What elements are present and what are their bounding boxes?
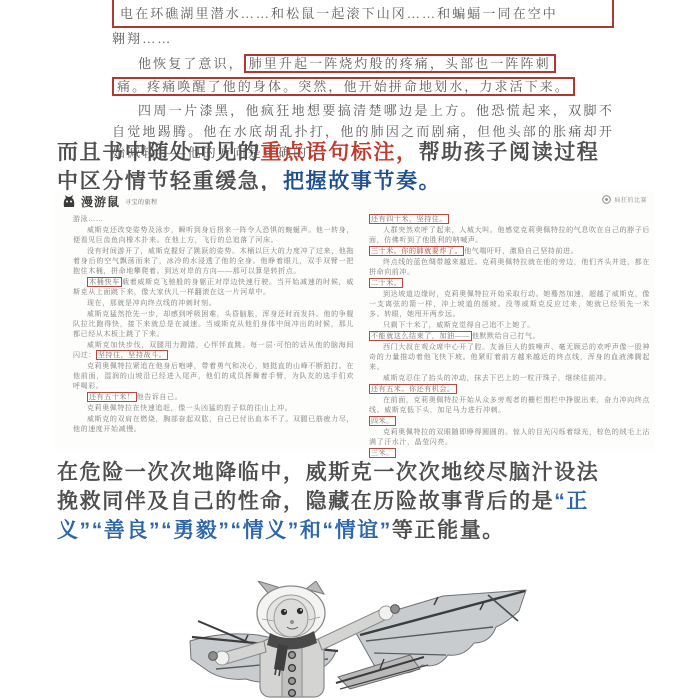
book-paragraph: 现在，那就是冲向终点线的冲刺时刻。	[73, 298, 354, 308]
promo-paragraph-annotations: 而且书中随处可见的重点语句标注，帮助孩子阅读过程中区分情节轻重缓急，把握故事节奏…	[57, 138, 617, 196]
book-paragraph: 威斯克加快步伐，双腿用力蹬踏，心怦怦直跳。每一层·可怕的话从他的脑海间闪过：坚持…	[73, 340, 354, 360]
button	[289, 665, 296, 672]
book-paragraph: 游泳……	[73, 214, 354, 224]
nose	[290, 620, 294, 624]
book-columns: 游泳……威斯克还改变姿势及泳步，瞬听到身后拐来一阵令人恐惧的蜿蜒声。他一转身，便…	[73, 214, 651, 459]
book-paragraph: 西门大叔在观众席中心开了腔。友善巨人的鼓噪声、毫无顾忌的欢呼声像一股神奇的力量推…	[369, 342, 650, 372]
excerpt-line-pain: 痛。疼痛唤醒了他的身体。突然，他开始拼命地划水，力求活下来。	[112, 76, 614, 97]
book-page-header-right: 疯狂的比赛	[602, 195, 647, 204]
right-eye	[297, 608, 303, 614]
book-paragraph: 二十米。	[369, 278, 650, 288]
text-segment-box: 三米。	[369, 448, 396, 458]
text-segment-plain: 终点线的蓝色绸带越来越近。克莉奥佩特拉就在他的旁边，他们齐头并进，都在拼命向前冲…	[369, 258, 650, 276]
text-segment-plain: 克莉奥佩特拉紧追在他身后咆哮，带着勇气和决心，她挺直的山峰不断拍打。在他前面，湿…	[73, 362, 354, 390]
text-segment-plain: 西门大叔在观众席中心开了腔。友善巨人的鼓噪声、毫无顾忌的欢呼声像一股神奇的力量推…	[369, 343, 650, 371]
button	[289, 678, 296, 685]
book-page-header-left: 漫游鼠 寻宝的旅程	[62, 193, 158, 210]
text-segment-navy: 把握故事节奏。	[283, 170, 441, 193]
book-paragraph: 四米。	[369, 416, 650, 426]
book-spread-photo: 漫游鼠 寻宝的旅程 疯狂的比赛 游泳……威斯克还改变姿势及泳步，瞬听到身后拐来一…	[55, 191, 655, 453]
chapter-medallion-icon	[602, 195, 611, 204]
text-segment-plain: 到达坡道边缘时，克莉奥佩特拉开始采取行动。她蓦然加速，超越了威斯克，像一支离弦的…	[369, 290, 650, 318]
text-segment-plain: 威斯克还改变姿势及泳步，瞬听到身后拐来一阵令人恐惧的蜿蜒声。他一转身，便看见巨齿…	[73, 226, 354, 244]
highlight-box-pain-2: 痛。疼痛唤醒了他的身体。突然，他开始拼命地划水，力求活下来。	[112, 77, 575, 96]
book-paragraph: 克莉奥佩特拉在快速追赶，像一头凶猛的豹子似的往山上冲。	[73, 403, 354, 413]
excerpt-text: 他恢复了意识，	[138, 56, 244, 71]
book-paragraph: 还有五米。你还有机会。	[369, 384, 650, 394]
book-subtitle: 寻宝的旅程	[125, 197, 158, 206]
text-segment-plain: 等正能量。	[392, 519, 505, 542]
right-wing	[356, 590, 526, 673]
book-column-left: 游泳……威斯克还改变姿势及泳步，瞬听到身后拐来一阵令人恐惧的蜿蜒声。他一转身，便…	[73, 214, 354, 459]
text-segment-plain: 他默默给自己打气。	[472, 332, 540, 340]
book-column-right: 还有四十米，坚持住。人群突然欢呼了起来，人城大叫。他感觉克莉奥佩特拉的气息吹在自…	[369, 214, 650, 459]
text-segment-plain: 威斯克猛然抢先一步，却感到呼吸困难，头昏脑胀，浑身还时而发抖。他的争舰队拉比跑得…	[73, 310, 354, 338]
text-segment-plain: 威斯克忍住了抬头的冲动，抹去下巴上的一粒汗珠子，继续往前冲。	[383, 374, 611, 382]
button	[289, 690, 296, 697]
book-paragraph: 克莉奥佩特拉紧追在他身后咆哮，带着勇气和决心，她挺直的山峰不断拍打。在他前面，湿…	[73, 361, 354, 391]
book-paragraph: 三米。	[369, 448, 650, 458]
book-title: 漫游鼠	[81, 193, 120, 210]
chapter-title: 疯狂的比赛	[614, 195, 647, 204]
text-segment-box: 不能就这么结束了，加油——	[369, 331, 472, 341]
text-segment-plain: 没有时间游开了，威斯克握好了跳跃的姿势。木桶以巨大的力度冲了过来，他拖着身后的空…	[73, 247, 354, 275]
text-segment-box: 木桶快车	[87, 277, 122, 287]
text-segment-box: 还有四十米，坚持住。	[369, 214, 449, 224]
text-segment-plain: 克莉奥佩特拉的双眼随即睁得圆圆的。惊人的目光闪烁着绿光，棕色的绒毛上沾满了汗水汁…	[369, 428, 650, 446]
book-paragraph: 终点线的蓝色绸带越来越近。克莉奥佩特拉就在他的旁边，他们齐头并进，都在拼命向前冲…	[369, 257, 650, 277]
left-eye	[281, 609, 287, 615]
text-segment-plain: 在前面，克莉奥佩特拉开始从众多旁观者的栅栏围栏中挣脱出来，奋力冲向终点线。威斯克…	[369, 396, 650, 414]
book-paragraph: 克莉奥佩特拉的双眼随即睁得圆圆的。惊人的目光闪烁着绿光，棕色的绒毛上沾满了汗水汁…	[369, 427, 650, 447]
book-paragraph: 在前面，克莉奥佩特拉开始从众多旁观者的栅栏围栏中挣脱出来，奋力冲向终点线。威斯克…	[369, 395, 650, 415]
book-paragraph: 威斯克还改变姿势及泳步，瞬听到身后拐来一阵令人恐惧的蜿蜒声。他一转身，便看见巨齿…	[73, 225, 354, 245]
text-segment-box: 还有五十米！	[87, 392, 137, 402]
right-hand	[391, 605, 400, 614]
book-paragraph: 人群突然欢呼了起来，人城大叫。他感觉克莉奥佩特拉的气息吹在自己的脖子后面，仿佛听…	[369, 225, 650, 245]
book-paragraph: 威斯克猛然抢先一步，却感到呼吸困难，头昏脑胀，浑身还时而发抖。他的争舰队拉比跑得…	[73, 309, 354, 339]
text-segment-box: 二十米。	[369, 278, 403, 288]
book-paragraph: 还有五十米！他告诉自己。	[73, 392, 354, 402]
text-segment-plain: 现在，那就是冲向终点线的冲刺时刻。	[87, 299, 216, 307]
text-segment-box: 还有五米。你还有机会。	[369, 384, 457, 394]
text-segment-plain: 克莉奥佩特拉在快速追赶，像一头凶猛的豹子似的往山上冲。	[87, 404, 292, 412]
book-paragraph: 威斯克的双肩在燃烧，胸部奋起双肱，自己已付出血本不了。双腿已筋疲力尽，他的速度开…	[73, 414, 354, 434]
book-paragraph: 还有四十米，坚持住。	[369, 214, 650, 224]
book-paragraph: 不能就这么结束了，加油——他默默给自己打气。	[369, 331, 650, 341]
text-segment-plain: 游泳……	[73, 215, 103, 223]
promo-paragraph-values: 在危险一次次地降临中，威斯克一次次地绞尽脑汁设法挽救同伴及自己的性命，隐藏在历险…	[57, 458, 617, 545]
text-segment-plain: 威斯克的双肩在燃烧，胸部奋起双肱，自己已付出血本不了。双腿已筋疲力尽，他的速度开…	[73, 415, 354, 433]
text-segment-plain: 只剩下十米了，威斯克觉得自己追不上她了。	[383, 321, 535, 329]
text-segment-red: 重点语句标注，	[260, 141, 418, 164]
text-segment-plain: 他气喘吁吁，激励自己坚持前进。	[464, 247, 578, 255]
book-paragraph: 威斯克忍住了抬头的冲动，抹去下巴上的一粒汗珠子，继续往前冲。	[369, 373, 650, 383]
book-paragraph: 只剩下十米了，威斯克觉得自己追不上她了。	[369, 320, 650, 330]
mouse-aviator-illustration	[188, 581, 532, 700]
mouse-face	[274, 599, 308, 637]
text-segment-plain: 而且书中随处可见的	[57, 141, 260, 164]
excerpt-line-soar: 翱翔……	[112, 28, 614, 49]
book-paragraph: 到达坡道边缘时，克莉奥佩特拉开始采取行动。她蓦然加速，超越了威斯克，像一支离弦的…	[369, 289, 650, 319]
book-paragraph: 三十米。你的肺就要炸了。他气喘吁吁，激励自己坚持前进。	[369, 246, 650, 256]
publisher-logo-icon	[62, 195, 76, 208]
text-segment-boxred: 三十米。你的肺就要炸了。	[369, 246, 464, 256]
text-segment-plain: 人群突然欢呼了起来，人城大叫。他感觉克莉奥佩特拉的气息吹在自己的脖子后面，仿佛听…	[369, 226, 650, 244]
highlight-box-pain-1: 肺里升起一阵烧灼般的疼痛，头部也一阵阵刺	[244, 54, 556, 73]
book-paragraph: 没有时间游开了，威斯克握好了跳跃的姿势。木桶以巨大的力度冲了过来，他拖着身后的空…	[73, 246, 354, 276]
highlight-box-swim: 电在环礁湖里潜水……和松鼠一起滚下山冈……和蝙蝠一同在空中	[112, 0, 614, 28]
left-hand	[209, 652, 218, 661]
book-paragraph: 木桶快车载着威斯克飞驰般的身躯正对岸边快速行驶。当开始减速的时候，威斯克从上面跳…	[73, 277, 354, 297]
excerpt-line-awake: 他恢复了意识，肺里升起一阵烧灼般的疼痛，头部也一阵阵刺	[112, 53, 614, 74]
text-segment-plain: 在危险一次次地降临中，威斯克一次次地绞尽脑汁设法挽救同伴及自己的性命，隐藏在历险…	[57, 461, 599, 513]
text-segment-plain: 他告诉自己。	[137, 393, 183, 401]
text-segment-box: 四米。	[369, 416, 396, 426]
button	[289, 652, 296, 659]
text-segment-box: 坚持住，坚持战斗。	[96, 350, 168, 360]
